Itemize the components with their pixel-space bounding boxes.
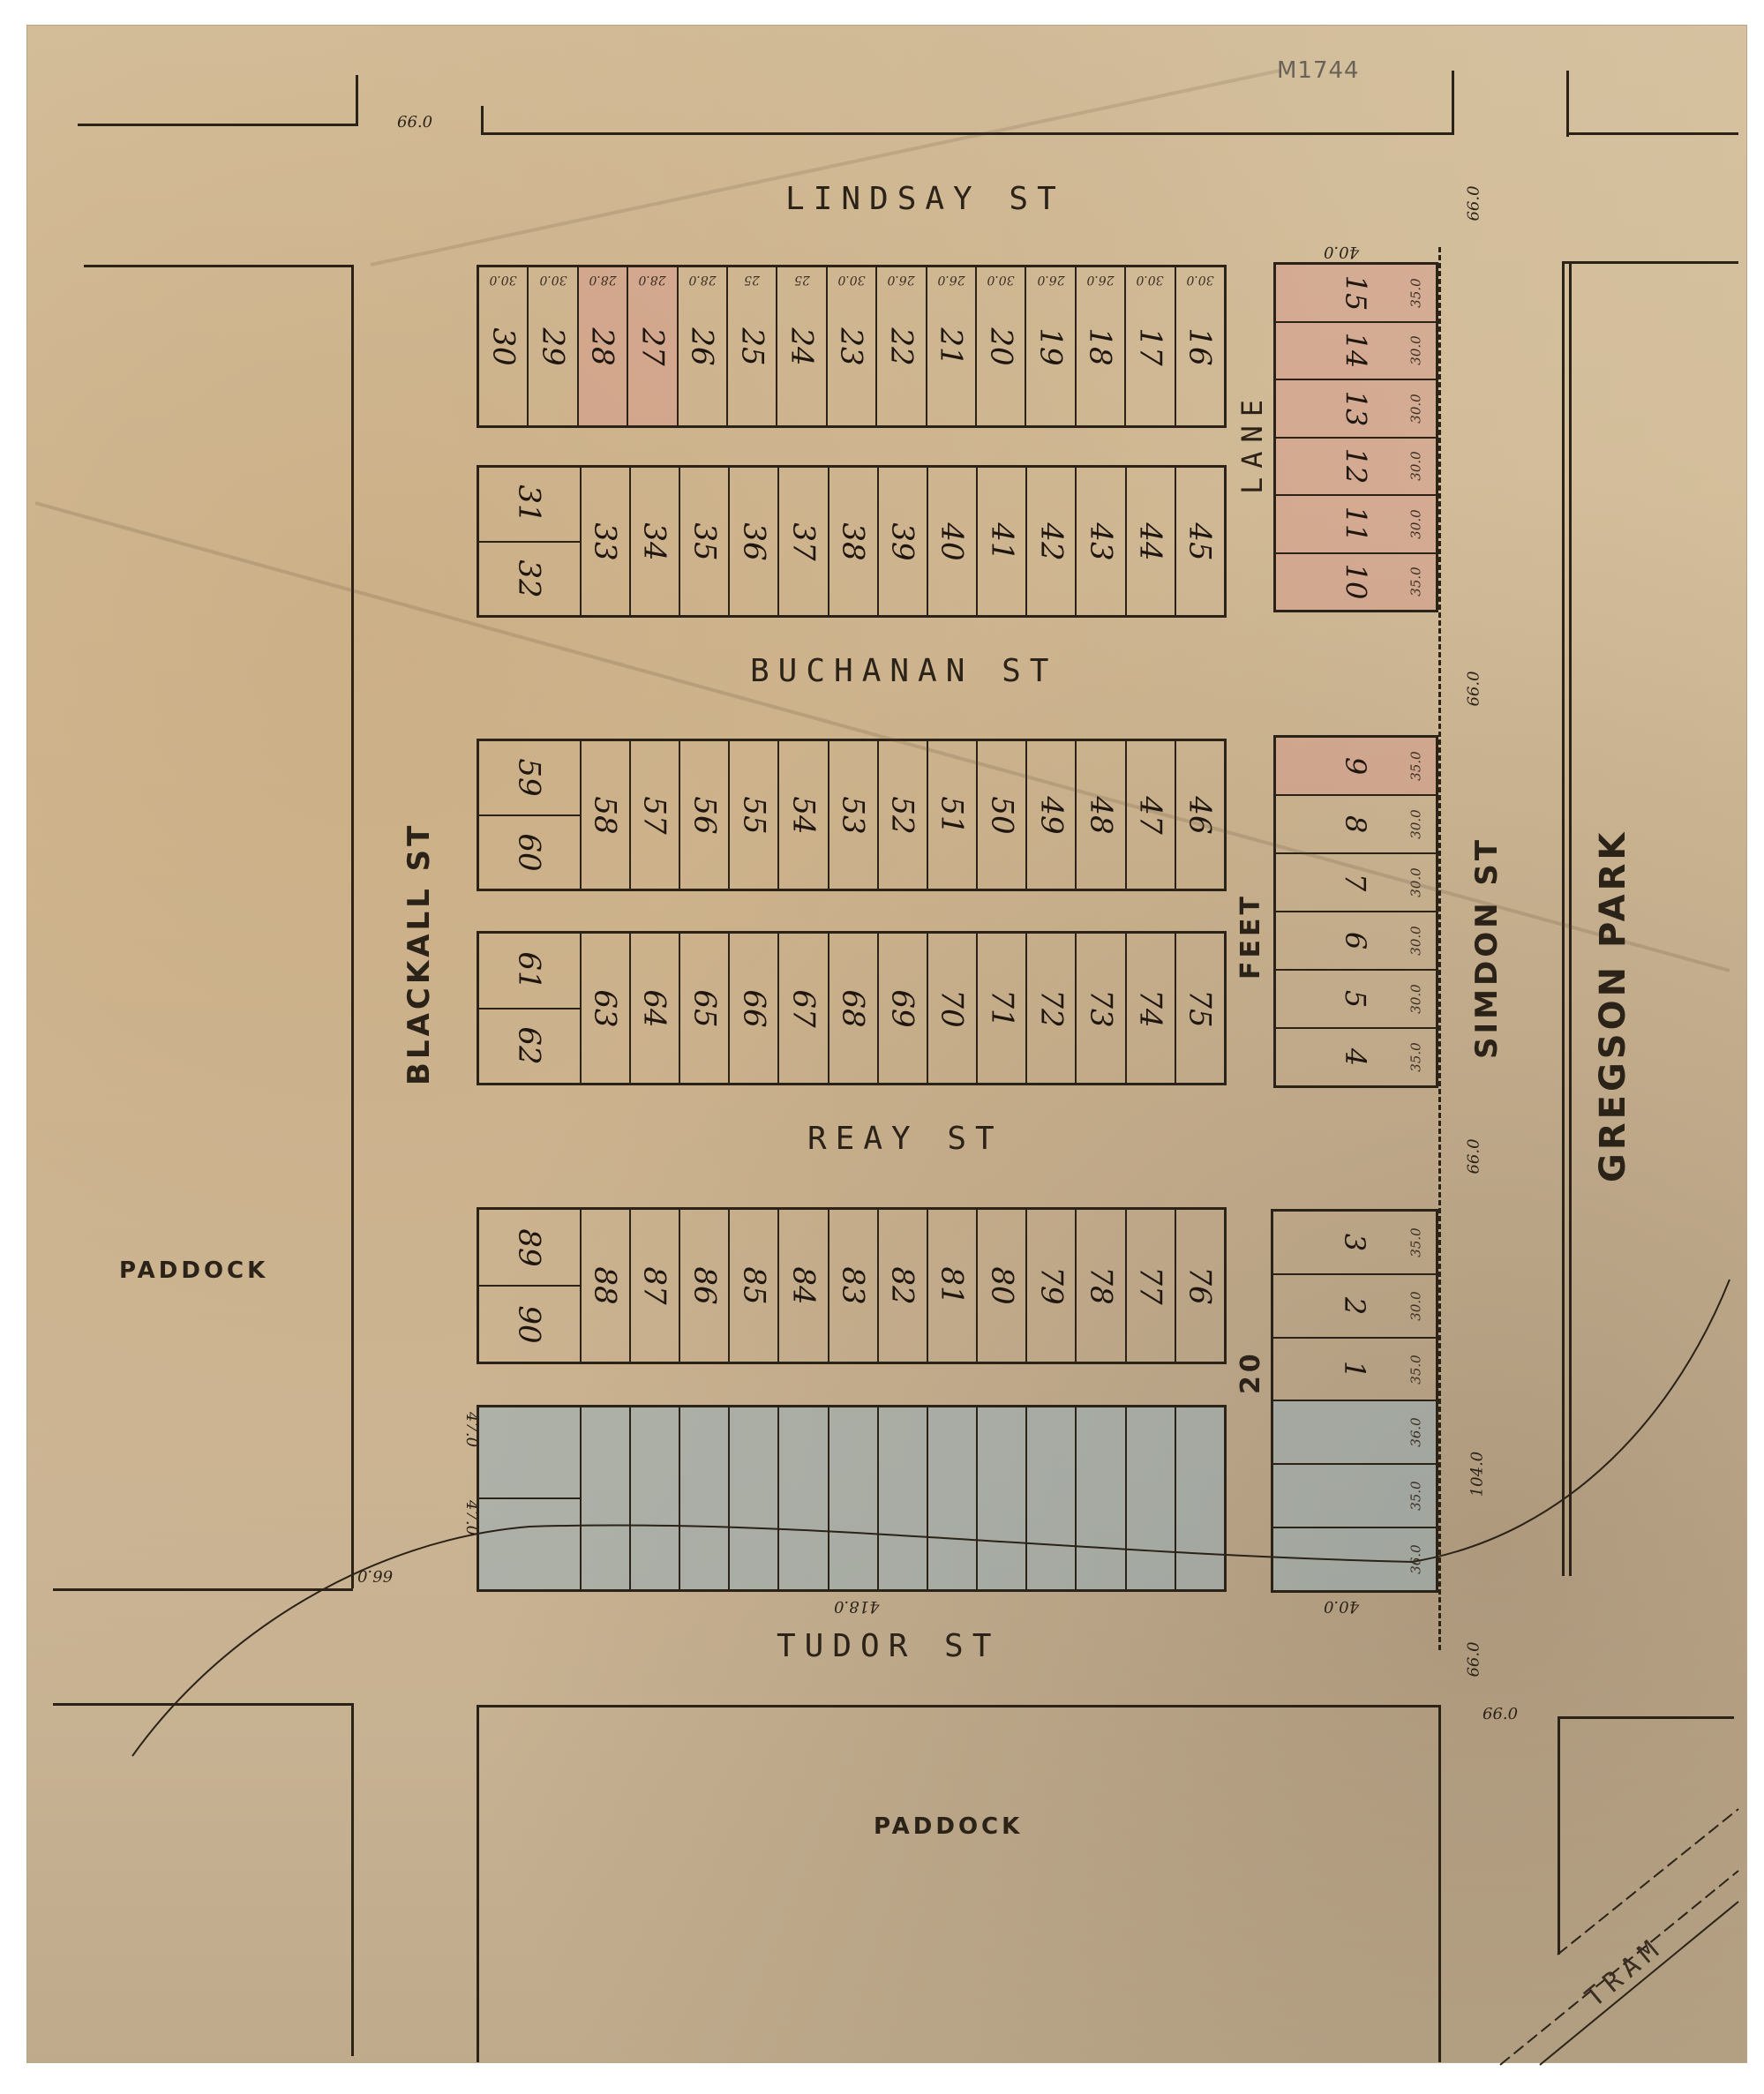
street-reay: REAY ST <box>807 1121 1003 1157</box>
lane-feet-label: FEET <box>1235 893 1266 979</box>
street-tudor: TUDOR ST <box>777 1628 1000 1664</box>
gregson-park-label: GREGSON PARK <box>1593 829 1633 1182</box>
street-simdon: SIMDON ST <box>1469 837 1505 1059</box>
lane-label: LANE <box>1235 391 1269 494</box>
paddock-south-label: PADDOCK <box>874 1813 1023 1840</box>
street-lindsay: LINDSAY ST <box>785 181 1065 217</box>
paddock-west-label: PADDOCK <box>119 1257 268 1284</box>
street-blackall: BLACKALL ST <box>402 822 437 1085</box>
lane-width-label: 20 <box>1235 1350 1266 1394</box>
street-buchanan: BUCHANAN ST <box>750 653 1057 689</box>
